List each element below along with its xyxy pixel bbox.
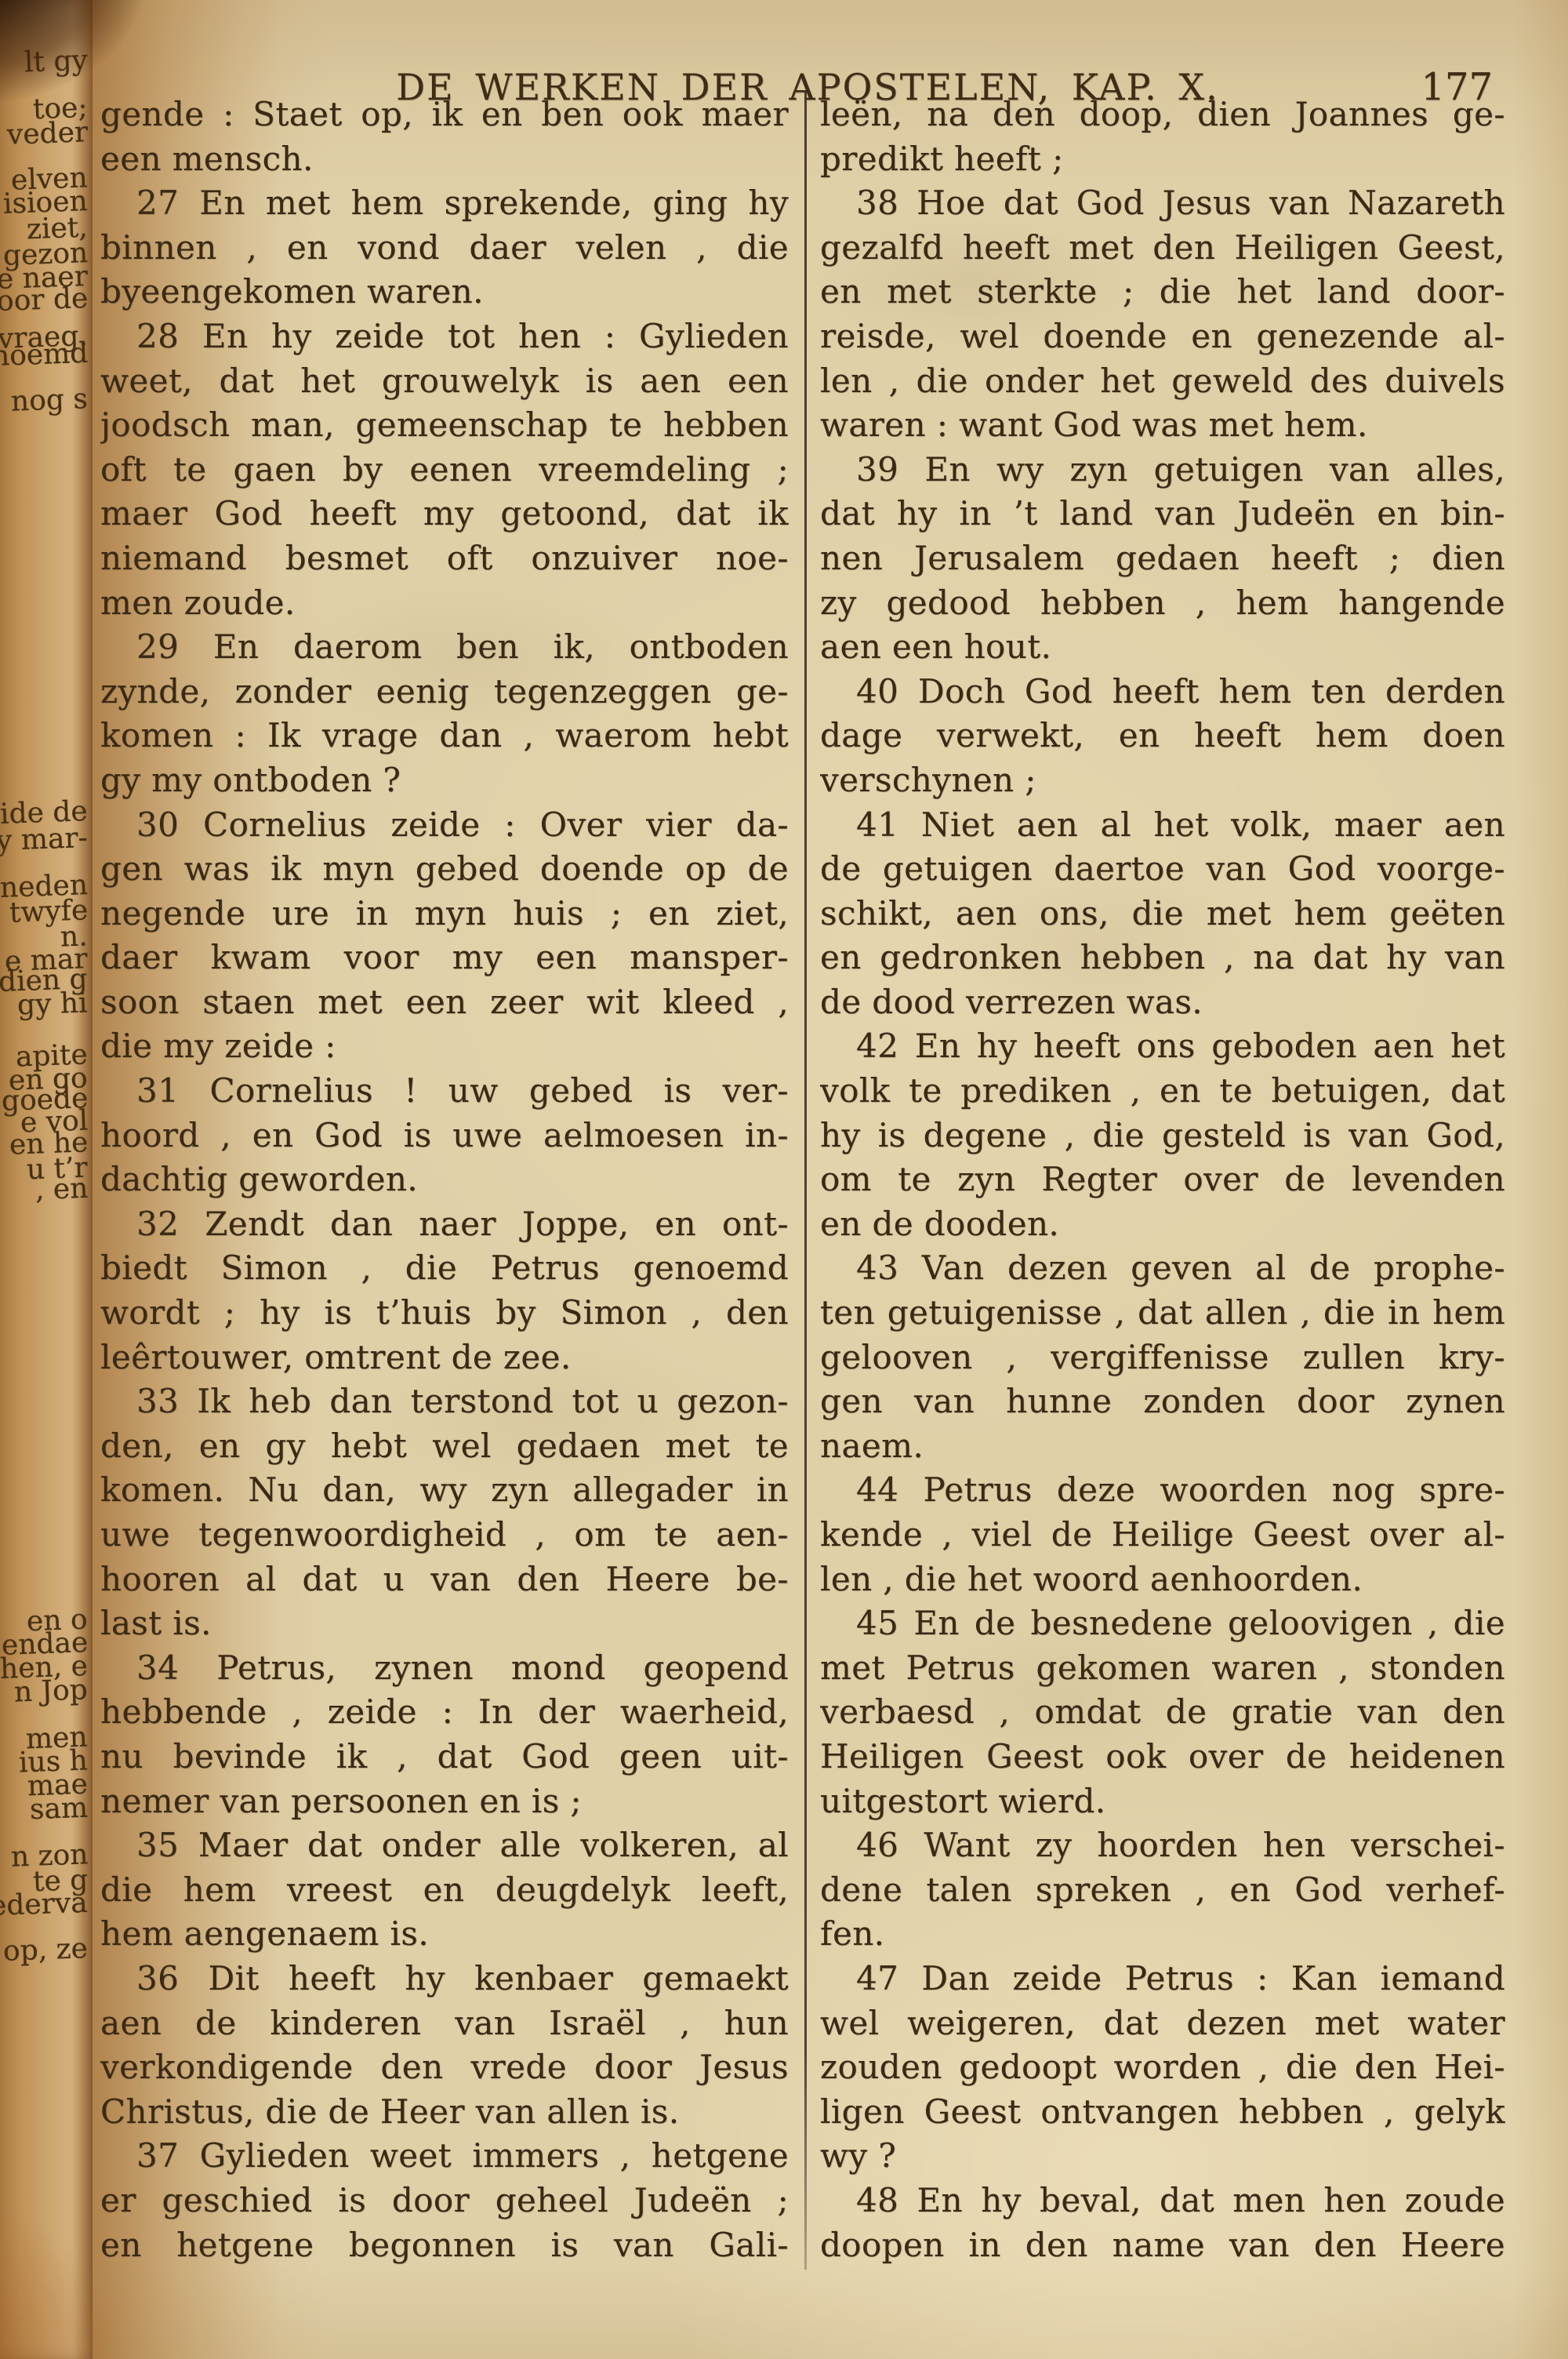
text-line: om te zyn Regter over de levenden: [820, 1158, 1505, 1202]
adjacent-page-edge: lt gytoe;vederelvenisioenziet,gezone nae…: [0, 0, 93, 2359]
text-line: joodsch man, gemeenschap te hebben: [100, 403, 789, 448]
text-line: 40 Doch God heeft hem ten derden: [820, 670, 1505, 714]
text-line: gy my ontboden ?: [100, 758, 789, 803]
spine-text-fragment: oor de: [0, 282, 89, 318]
text-line: last is.: [100, 1601, 789, 1646]
text-line: uitgestort wierd.: [820, 1779, 1505, 1824]
text-line: predikt heeft ;: [820, 137, 1505, 182]
text-line: niemand besmet oft onzuiver noe-: [100, 536, 789, 581]
text-line: leêrtouwer, omtrent de zee.: [100, 1336, 789, 1380]
spine-text-fragment: nog s: [10, 383, 88, 417]
text-line: Heiligen Geest ook over de heidenen: [820, 1735, 1505, 1779]
text-line: zy gedood hebben , hem hangende: [820, 581, 1505, 626]
text-line: len , die het woord aenhoorden.: [820, 1558, 1505, 1602]
spine-text-fragment: , en: [34, 1172, 89, 1206]
text-line: leën, na den doop, dien Joannes ge-: [820, 93, 1505, 137]
text-line: hem aengenaem is.: [100, 1912, 789, 1957]
text-line: biedt Simon , die Petrus genoemd: [100, 1246, 789, 1291]
text-line: soon staen met een zeer wit kleed ,: [100, 980, 789, 1025]
text-line: 43 Van dezen geven al de prophe-: [820, 1246, 1505, 1291]
text-line: waren : want God was met hem.: [820, 403, 1505, 448]
text-line: aen een hout.: [820, 625, 1505, 670]
text-line: 27 En met hem sprekende, ging hy: [100, 181, 789, 226]
spine-text-fragment: gy hi: [17, 987, 89, 1021]
text-line: 33 Ik heb dan terstond tot u gezon-: [100, 1379, 789, 1424]
text-line: hooren al dat u van den Heere be-: [100, 1558, 789, 1602]
text-line: komen : Ik vrage dan , waerom hebt: [100, 714, 789, 758]
text-line: weet, dat het grouwelyk is aen een: [100, 359, 789, 404]
text-line: verschynen ;: [820, 758, 1505, 803]
text-line: hy is degene , die gesteld is van God,: [820, 1114, 1505, 1158]
text-line: dene talen spreken , en God verhef-: [820, 1868, 1505, 1913]
text-line: en hetgene begonnen is van Gali-: [100, 2223, 789, 2268]
text-line: 48 En hy beval, dat men hen zoude: [820, 2179, 1505, 2223]
text-line: zouden gedoopt worden , die den Hei-: [820, 2045, 1505, 2090]
text-line: ten getuigenisse , dat allen , die in he…: [820, 1291, 1505, 1336]
text-line: doopen in den name van den Heere: [820, 2223, 1505, 2268]
text-line: 31 Cornelius ! uw gebed is ver-: [100, 1069, 789, 1114]
text-line: gen was ik myn gebed doende op de: [100, 847, 789, 892]
text-line: 32 Zendt dan naer Joppe, en ont-: [100, 1202, 789, 1247]
text-line: naem.: [820, 1424, 1505, 1469]
text-line: nu bevinde ik , dat God geen uit-: [100, 1735, 789, 1779]
text-line: men zoude.: [100, 581, 789, 626]
spine-text-fragment: lt gy: [24, 45, 88, 79]
text-line: verkondigende den vrede door Jesus: [100, 2045, 789, 2090]
text-line: en de dooden.: [820, 1202, 1505, 1247]
spine-text-fragment: veder: [6, 116, 89, 151]
text-line: de getuigen daertoe van God voorge-: [820, 847, 1505, 892]
text-line: den, en gy hebt wel gedaen met te: [100, 1424, 789, 1469]
text-line: 38 Hoe dat God Jesus van Nazareth: [820, 181, 1505, 226]
text-line: komen. Nu dan, wy zyn allegader in: [100, 1468, 789, 1513]
text-line: uwe tegenwoordigheid , om te aen-: [100, 1513, 789, 1558]
text-line: 45 En de besnedene geloovigen , die: [820, 1601, 1505, 1646]
text-line: 37 Gylieden weet immers , hetgene: [100, 2134, 789, 2179]
text-line: daer kwam voor my een mansper-: [100, 936, 789, 980]
text-line: dage verwekt, en heeft hem doen: [820, 714, 1505, 758]
text-line: gelooven , vergiffenisse zullen kry-: [820, 1336, 1505, 1380]
text-line: byeengekomen waren.: [100, 270, 789, 314]
text-line: schikt, aen ons, die met hem geëten: [820, 892, 1505, 936]
text-line: hebbende , zeide : In der waerheid,: [100, 1690, 789, 1735]
text-line: wel weigeren, dat dezen met water: [820, 2001, 1505, 2046]
text-line: een mensch.: [100, 137, 789, 182]
text-line: 41 Niet aen al het volk, maer aen: [820, 803, 1505, 848]
text-line: 39 En wy zyn getuigen van alles,: [820, 448, 1505, 493]
text-line: de dood verrezen was.: [820, 980, 1505, 1025]
text-line: en gedronken hebben , na dat hy van: [820, 936, 1505, 980]
text-line: maer God heeft my getoond, dat ik: [100, 492, 789, 536]
spine-text-fragment: ederva: [0, 1887, 89, 1922]
text-line: binnen , en vond daer velen , die: [100, 226, 789, 271]
text-line: aen de kinderen van Israël , hun: [100, 2001, 789, 2046]
text-line: 44 Petrus deze woorden nog spre-: [820, 1468, 1505, 1513]
spine-text-fragment: noemd: [0, 337, 89, 373]
right-column: leën, na den doop, dien Joannes ge-predi…: [820, 93, 1505, 2267]
text-line: met Petrus gekomen waren , stonden: [820, 1646, 1505, 1691]
text-line: dat hy in ’t land van Judeën en bin-: [820, 492, 1505, 536]
spine-text-fragment: sam: [29, 1792, 88, 1826]
text-line: 34 Petrus, zynen mond geopend: [100, 1646, 789, 1691]
text-line: reisde, wel doende en genezende al-: [820, 314, 1505, 359]
text-line: fen.: [820, 1912, 1505, 1957]
text-line: 36 Dit heeft hy kenbaer gemaekt: [100, 1957, 789, 2001]
text-line: gende : Staet op, ik en ben ook maer: [100, 93, 789, 137]
book-page-scan: lt gytoe;vederelvenisioenziet,gezone nae…: [0, 0, 1568, 2359]
text-line: kende , viel de Heilige Geest over al-: [820, 1513, 1505, 1558]
text-line: oft te gaen by eenen vreemdeling ;: [100, 448, 789, 493]
text-line: nemer van persoonen en is ;: [100, 1779, 789, 1824]
text-line: ligen Geest ontvangen hebben , gelyk: [820, 2090, 1505, 2135]
spine-text-fragment: y mar-: [0, 822, 89, 857]
text-line: 42 En hy heeft ons geboden aen het: [820, 1024, 1505, 1069]
text-line: 47 Dan zeide Petrus : Kan iemand: [820, 1957, 1505, 2001]
text-line: wy ?: [820, 2134, 1505, 2179]
text-line: hoord , en God is uwe aelmoesen in-: [100, 1114, 789, 1158]
text-line: gezalfd heeft met den Heiligen Geest,: [820, 226, 1505, 271]
text-line: dachtig geworden.: [100, 1158, 789, 1202]
text-line: negende ure in myn huis ; en ziet,: [100, 892, 789, 936]
text-line: en met sterkte ; die het land door-: [820, 270, 1505, 314]
text-line: wordt ; hy is t’huis by Simon , den: [100, 1291, 789, 1336]
text-line: die my zeide :: [100, 1024, 789, 1069]
text-line: 29 En daerom ben ik, ontboden: [100, 625, 789, 670]
text-line: len , die onder het geweld des duivels: [820, 359, 1505, 404]
text-line: er geschied is door geheel Judeën ;: [100, 2179, 789, 2223]
column-divider: [804, 91, 807, 2270]
left-column: gende : Staet op, ik en ben ook maereen …: [100, 93, 789, 2267]
text-line: zynde, zonder eenig tegenzeggen ge-: [100, 670, 789, 714]
text-line: volk te prediken , en te betuigen, dat: [820, 1069, 1505, 1114]
text-line: gen van hunne zonden door zynen: [820, 1379, 1505, 1424]
text-line: 30 Cornelius zeide : Over vier da-: [100, 803, 789, 848]
text-line: Christus, die de Heer van allen is.: [100, 2090, 789, 2135]
text-line: nen Jerusalem gedaen heeft ; dien: [820, 536, 1505, 581]
text-line: die hem vreest en deugdelyk leeft,: [100, 1868, 789, 1913]
spine-text-fragment: op, ze: [2, 1932, 88, 1968]
text-line: 46 Want zy hoorden hen verschei-: [820, 1823, 1505, 1868]
spine-text-fragment: n Jop: [14, 1674, 89, 1708]
text-line: 28 En hy zeide tot hen : Gylieden: [100, 314, 789, 359]
text-line: verbaesd , omdat de gratie van den: [820, 1690, 1505, 1735]
text-line: 35 Maer dat onder alle volkeren, al: [100, 1823, 789, 1868]
